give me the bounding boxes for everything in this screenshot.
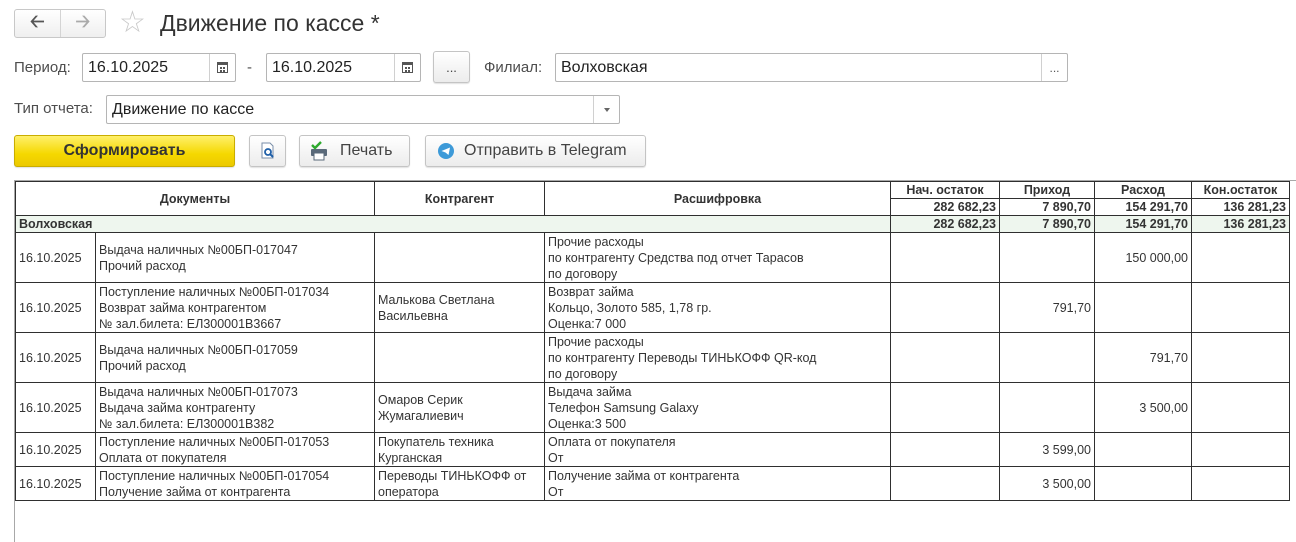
row-closing-balance: [1192, 233, 1290, 283]
print-button[interactable]: Печать: [299, 135, 410, 167]
branch-select-button[interactable]: ...: [1041, 54, 1067, 81]
row-income: 791,70: [1000, 283, 1095, 333]
row-date: 16.10.2025: [16, 433, 96, 467]
table-row[interactable]: 16.10.2025Выдача наличных №00БП-017059Пр…: [16, 333, 1290, 383]
favorite-star-icon[interactable]: ☆: [119, 6, 146, 40]
branch-value: Волховская: [561, 59, 1041, 77]
row-date: 16.10.2025: [16, 333, 96, 383]
group-closing-balance: 136 281,23: [1192, 216, 1290, 233]
document-line: № зал.билета: ЕЛ300001В382: [99, 416, 371, 432]
counterparty-line: Жумагалиевич: [378, 408, 541, 424]
counterparty-line: Курганская: [378, 450, 541, 466]
date-from-calendar-button[interactable]: [209, 54, 235, 81]
report-type-select[interactable]: Движение по кассе: [106, 95, 620, 124]
calendar-icon: [402, 62, 413, 73]
details-line: Получение займа от контрагента: [548, 468, 887, 484]
arrow-left-icon: 🡠: [30, 9, 45, 39]
row-counterparty: [375, 233, 545, 283]
details-line: Прочие расходы: [548, 234, 887, 250]
group-income: 7 890,70: [1000, 216, 1095, 233]
printer-icon: [309, 141, 329, 161]
row-details: Возврат займаКольцо, Золото 585, 1,78 гр…: [545, 283, 891, 333]
row-expense: 791,70: [1095, 333, 1192, 383]
document-line: Возврат займа контрагентом: [99, 300, 371, 316]
period-select-button[interactable]: ...: [433, 51, 470, 83]
document-line: Выдача займа контрагенту: [99, 400, 371, 416]
back-button[interactable]: 🡠: [15, 10, 61, 37]
header-income: Приход: [1000, 182, 1095, 199]
table-row[interactable]: 16.10.2025Поступление наличных №00БП-017…: [16, 433, 1290, 467]
row-counterparty: Омаров СерикЖумагалиевич: [375, 383, 545, 433]
row-expense: [1095, 433, 1192, 467]
header-expense: Расход: [1095, 182, 1192, 199]
generate-button[interactable]: Сформировать: [14, 135, 235, 167]
date-to-field[interactable]: 16.10.2025: [266, 53, 421, 82]
chevron-down-icon: [604, 108, 610, 112]
counterparty-line: Омаров Серик: [378, 392, 541, 408]
header-documents: Документы: [16, 182, 375, 216]
details-line: От: [548, 450, 887, 466]
counterparty-line: Малькова Светлана: [378, 292, 541, 308]
row-income: [1000, 383, 1095, 433]
row-counterparty: Малькова СветланаВасильевна: [375, 283, 545, 333]
row-date: 16.10.2025: [16, 283, 96, 333]
branch-field[interactable]: Волховская ...: [555, 53, 1068, 82]
preview-button[interactable]: [249, 135, 286, 167]
row-closing-balance: [1192, 333, 1290, 383]
total-expense: 154 291,70: [1095, 199, 1192, 216]
details-line: Прочие расходы: [548, 334, 887, 350]
row-opening-balance: [891, 383, 1000, 433]
total-income: 7 890,70: [1000, 199, 1095, 216]
send-telegram-button[interactable]: Отправить в Telegram: [425, 135, 646, 167]
details-line: Оценка:7 000: [548, 316, 887, 332]
details-line: по контрагенту Средства под отчет Тарасо…: [548, 250, 887, 266]
row-document[interactable]: Поступление наличных №00БП-017054Получен…: [96, 467, 375, 501]
page-title: Движение по кассе *: [160, 8, 380, 38]
row-income: 3 500,00: [1000, 467, 1095, 501]
row-counterparty: Покупатель техникаКурганская: [375, 433, 545, 467]
group-expense: 154 291,70: [1095, 216, 1192, 233]
date-from-value: 16.10.2025: [88, 59, 209, 77]
counterparty-line: Васильевна: [378, 308, 541, 324]
row-opening-balance: [891, 283, 1000, 333]
row-closing-balance: [1192, 383, 1290, 433]
header-counterparty: Контрагент: [375, 182, 545, 216]
telegram-icon: [437, 142, 455, 160]
document-line: Получение займа от контрагента: [99, 484, 371, 500]
report-type-label: Тип отчета:: [14, 99, 93, 119]
row-counterparty: [375, 333, 545, 383]
details-line: Выдача займа: [548, 384, 887, 400]
row-date: 16.10.2025: [16, 383, 96, 433]
table-row[interactable]: 16.10.2025Выдача наличных №00БП-017073Вы…: [16, 383, 1290, 433]
row-document[interactable]: Выдача наличных №00БП-017047Прочий расхо…: [96, 233, 375, 283]
table-row[interactable]: 16.10.2025Поступление наличных №00БП-017…: [16, 467, 1290, 501]
arrow-right-icon: 🡢: [75, 9, 90, 39]
report-table: Документы Контрагент Расшифровка Нач. ос…: [15, 181, 1290, 501]
row-opening-balance: [891, 467, 1000, 501]
row-closing-balance: [1192, 467, 1290, 501]
row-details: Прочие расходыпо контрагенту Средства по…: [545, 233, 891, 283]
details-line: Телефон Samsung Galaxy: [548, 400, 887, 416]
row-details: Прочие расходыпо контрагенту Переводы ТИ…: [545, 333, 891, 383]
header-opening-balance: Нач. остаток: [891, 182, 1000, 199]
document-line: Оплата от покупателя: [99, 450, 371, 466]
table-row[interactable]: 16.10.2025Выдача наличных №00БП-017047Пр…: [16, 233, 1290, 283]
report-type-dropdown-button[interactable]: [593, 96, 619, 123]
header-details: Расшифровка: [545, 182, 891, 216]
group-name: Волховская: [16, 216, 891, 233]
document-line: Поступление наличных №00БП-017054: [99, 468, 371, 484]
details-line: Оценка:3 500: [548, 416, 887, 432]
document-line: № зал.билета: ЕЛ300001В3667: [99, 316, 371, 332]
table-row[interactable]: 16.10.2025Поступление наличных №00БП-017…: [16, 283, 1290, 333]
details-line: Кольцо, Золото 585, 1,78 гр.: [548, 300, 887, 316]
group-row[interactable]: Волховская 282 682,23 7 890,70 154 291,7…: [16, 216, 1290, 233]
document-line: Прочий расход: [99, 358, 371, 374]
forward-button[interactable]: 🡢: [61, 10, 106, 37]
report-type-value: Движение по кассе: [112, 101, 593, 119]
row-document[interactable]: Выдача наличных №00БП-017059Прочий расхо…: [96, 333, 375, 383]
print-label: Печать: [340, 142, 392, 160]
row-details: Оплата от покупателяОт: [545, 433, 891, 467]
group-opening-balance: 282 682,23: [891, 216, 1000, 233]
row-document[interactable]: Выдача наличных №00БП-017073Выдача займа…: [96, 383, 375, 433]
date-to-value: 16.10.2025: [272, 59, 394, 77]
document-line: Выдача наличных №00БП-017073: [99, 384, 371, 400]
row-counterparty: Переводы ТИНЬКОФФ отоператора: [375, 467, 545, 501]
document-line: Поступление наличных №00БП-017053: [99, 434, 371, 450]
details-line: Возврат займа: [548, 284, 887, 300]
document-search-icon: [260, 142, 276, 160]
row-expense: 3 500,00: [1095, 383, 1192, 433]
row-details: Выдача займаТелефон Samsung GalaxyОценка…: [545, 383, 891, 433]
row-details: Получение займа от контрагентаОт: [545, 467, 891, 501]
header-closing-balance: Кон.остаток: [1192, 182, 1290, 199]
row-document[interactable]: Поступление наличных №00БП-017034Возврат…: [96, 283, 375, 333]
date-to-calendar-button[interactable]: [394, 54, 420, 81]
row-date: 16.10.2025: [16, 467, 96, 501]
row-income: [1000, 333, 1095, 383]
row-income: [1000, 233, 1095, 283]
total-closing-balance: 136 281,23: [1192, 199, 1290, 216]
document-line: Выдача наличных №00БП-017059: [99, 342, 371, 358]
navigation-buttons: 🡠 🡢: [14, 9, 106, 38]
branch-label: Филиал:: [484, 58, 542, 78]
date-from-field[interactable]: 16.10.2025: [82, 53, 236, 82]
telegram-label: Отправить в Telegram: [464, 142, 627, 160]
header-row: Документы Контрагент Расшифровка Нач. ос…: [16, 182, 1290, 199]
counterparty-line: Покупатель техника: [378, 434, 541, 450]
counterparty-line: Переводы ТИНЬКОФФ от: [378, 468, 541, 484]
details-line: От: [548, 484, 887, 500]
row-opening-balance: [891, 333, 1000, 383]
row-opening-balance: [891, 433, 1000, 467]
document-line: Поступление наличных №00БП-017034: [99, 284, 371, 300]
details-line: по договору: [548, 366, 887, 382]
row-document[interactable]: Поступление наличных №00БП-017053Оплата …: [96, 433, 375, 467]
row-expense: 150 000,00: [1095, 233, 1192, 283]
document-line: Прочий расход: [99, 258, 371, 274]
counterparty-line: оператора: [378, 484, 541, 500]
row-opening-balance: [891, 233, 1000, 283]
calendar-icon: [217, 62, 228, 73]
row-closing-balance: [1192, 433, 1290, 467]
details-line: по договору: [548, 266, 887, 282]
row-expense: [1095, 467, 1192, 501]
period-label: Период:: [14, 58, 71, 78]
row-date: 16.10.2025: [16, 233, 96, 283]
report-area: Документы Контрагент Расшифровка Нач. ос…: [14, 180, 1296, 542]
row-closing-balance: [1192, 283, 1290, 333]
document-line: Выдача наличных №00БП-017047: [99, 242, 371, 258]
details-line: по контрагенту Переводы ТИНЬКОФФ QR-код: [548, 350, 887, 366]
details-line: Оплата от покупателя: [548, 434, 887, 450]
row-expense: [1095, 283, 1192, 333]
row-income: 3 599,00: [1000, 433, 1095, 467]
total-opening-balance: 282 682,23: [891, 199, 1000, 216]
date-separator: -: [247, 58, 252, 78]
